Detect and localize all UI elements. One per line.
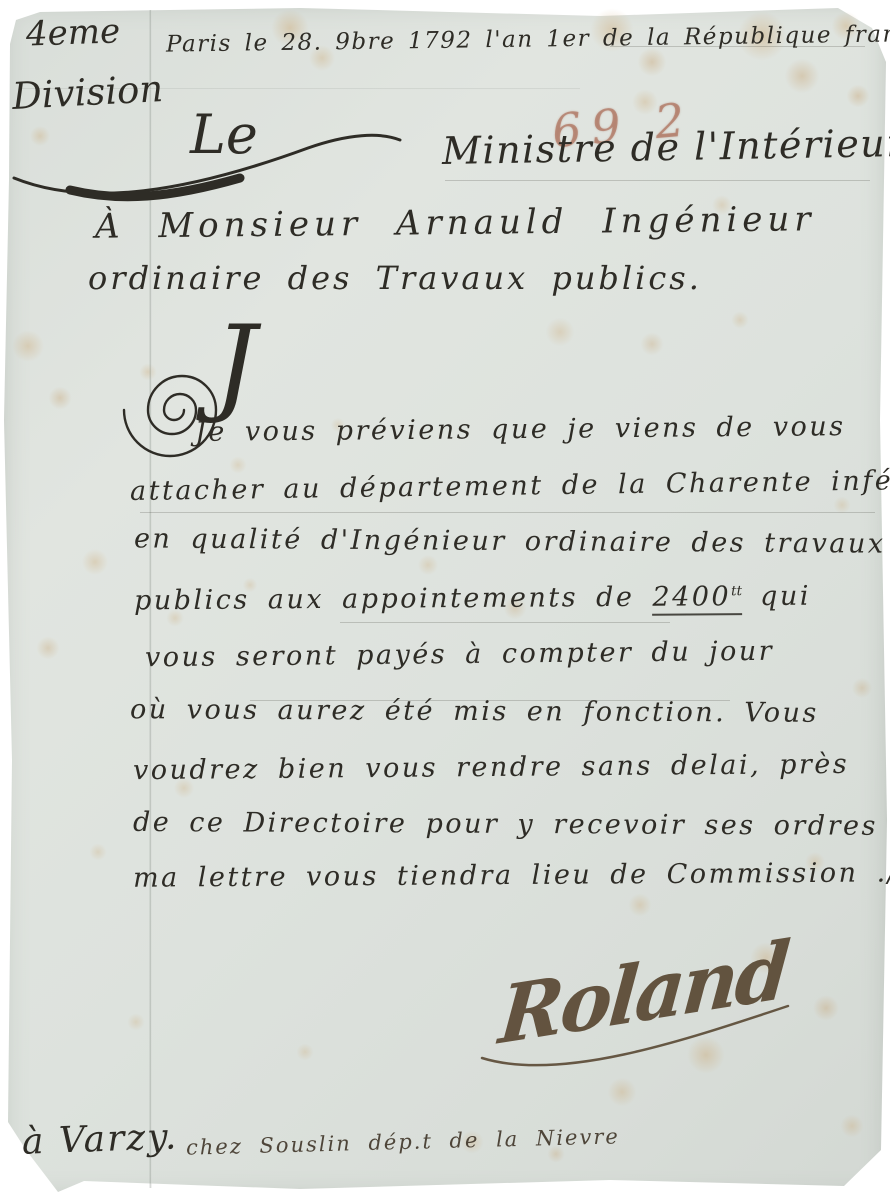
docket-place: à Varzy. — [21, 1119, 178, 1160]
division-number: 4eme — [25, 14, 120, 51]
body-line-salary: publics aux appointements de 2400tt qui — [134, 583, 811, 615]
division-word: Division — [11, 70, 164, 115]
salary-unit: tt — [731, 583, 742, 599]
body-line: de ce Directoire pour y recevoir ses ord… — [133, 809, 890, 840]
body-line: en qualité d'Ingénieur ordinaire des tra… — [134, 525, 886, 557]
recipient-line2: ordinaire des Travaux publics. — [88, 262, 702, 294]
body-line: où vous aurez été mis en fonction. Vous — [130, 696, 819, 727]
body-line-salary-suffix: qui — [742, 581, 811, 612]
guide-line — [445, 180, 870, 181]
salary-amount: 2400tt — [652, 581, 742, 616]
recipient-line1: À Monsieur Arnauld Ingénieur — [95, 202, 816, 244]
heading-title: Ministre de l'Intérieur — [442, 124, 890, 170]
body-line: voudrez bien vous rendre sans delai, prè… — [133, 751, 849, 784]
scanned-letter-page: 4eme Division Paris le 28. 9bre 1792 l'a… — [0, 0, 890, 1200]
drop-cap-initial: J — [214, 312, 257, 418]
guide-line — [340, 622, 670, 623]
body-line: vous seront payés à compter du jour — [145, 638, 774, 672]
guide-line — [140, 512, 875, 513]
heading-article: Le — [190, 108, 258, 162]
body-line-salary-prefix: publics aux appointements de — [134, 582, 653, 617]
body-line: ma lettre vous tiendra lieu de Commissio… — [133, 859, 890, 891]
signature-flourish — [470, 1000, 800, 1080]
body-line: Je vous préviens que je viens de vous — [195, 413, 846, 446]
